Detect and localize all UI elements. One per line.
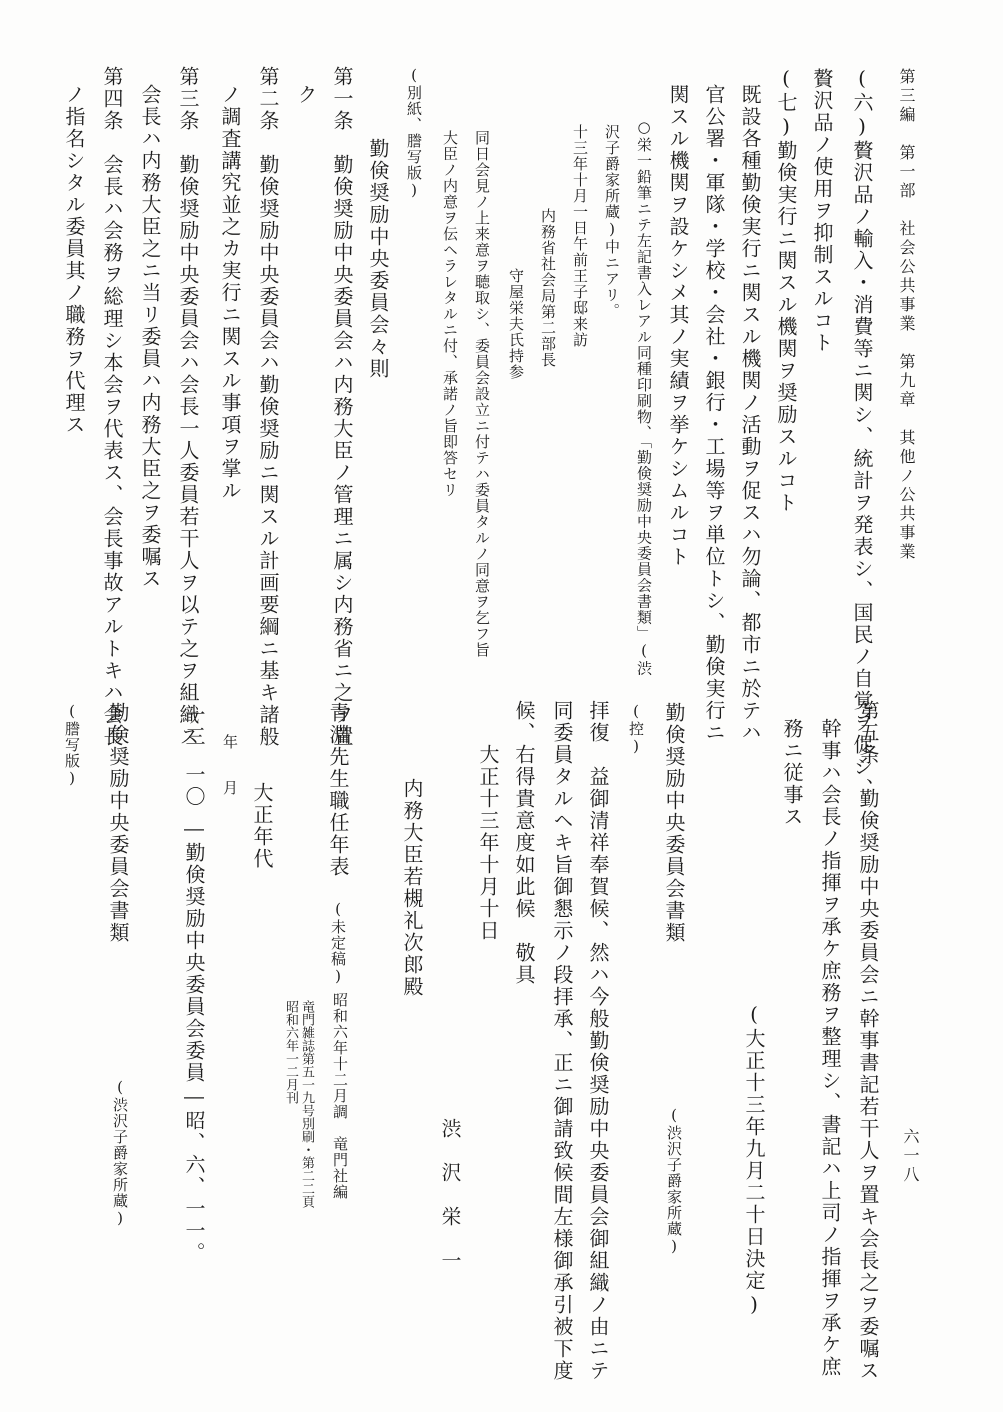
doc4-title: 勤倹奨励中央委員会書類: [108, 702, 128, 944]
article-2-line-2: ノ調査講究並之カ実行ニ関スル事項ヲ掌ル: [220, 84, 240, 502]
letter-date: 大正十三年十月十日: [478, 744, 498, 942]
entry-month: 一〇: [184, 764, 204, 808]
note-line-3: 十三年十月一日午前王子邸来訪: [572, 124, 587, 348]
doc2-draft-label: (控): [628, 702, 643, 756]
item-7-line-3: 官公署・軍隊・学校・会社・銀行・工場等ヲ単位トシ、勤倹実行ニ: [704, 84, 724, 744]
doc3-publication-line-1: 竜門雑誌第五一九号別刷・第二二頁: [300, 1000, 313, 1208]
article-3-line-2: 会長ハ内務大臣之ニ当リ委員ハ内務大臣之ヲ委嘱ス: [140, 84, 160, 590]
item-7-line-4: 関スル機関ヲ設ケシメ其ノ実績ヲ挙ケシムルコト: [668, 84, 688, 568]
note-line-7: 大臣ノ内意ヲ伝ヘラレタルニ付、承諾ノ旨即答セリ: [442, 130, 457, 498]
doc4-format-label: (謄写版): [64, 702, 79, 788]
article-3-line-1: 第三条 勤倹奨励中央委員会ハ会長一人委員若干人ヲ以テ之ヲ組織ス: [178, 66, 198, 748]
year-column-label: 年: [222, 734, 237, 750]
item-6-line-2: 贅沢品ノ使用ヲ抑制スルコト: [812, 68, 832, 354]
letter-line-3: 候、右得貴意度如此候 敬具: [514, 700, 534, 986]
article-1-line-1: 第一条 勤倹奨励中央委員会ハ内務大臣ノ管理ニ属シ内務省ニ之ヲ置: [332, 66, 352, 748]
article-4-line-2: ノ指名シタル委員其ノ職務ヲ代理ス: [64, 84, 84, 436]
page-number: 六一八: [902, 1128, 918, 1185]
article-5-line-3: 務ニ従事ス: [782, 718, 802, 828]
doc2-title: 勤倹奨励中央委員会書類: [664, 702, 684, 944]
letter-line-1: 拝復 益御清祥奉賀候、然ハ今般勤倹奨励中央委員会御組織ノ由ニテ: [588, 700, 608, 1382]
era-header: 大正年代: [252, 782, 272, 870]
document-page: 第三編 第一部 社会公共事業 第九章 其他ノ公共事業 (六)贅沢品ノ輸入・消費等…: [0, 0, 1003, 1412]
article-1-line-2: ク: [296, 84, 316, 106]
item-7-line-2: 既設各種勤倹実行ニ関スル機関ノ活動ヲ促スハ勿論、都市ニ於テハ: [740, 84, 760, 744]
article-2-line-1: 第二条 勤倹奨励中央委員会ハ勤倹奨励ニ関スル計画要綱ニ基キ諸般: [258, 66, 278, 748]
entry-year: 一三: [184, 704, 204, 748]
letter-recipient: 内務大臣若槻礼次郎殿: [402, 778, 422, 998]
doc4-source: (渋沢子爵家所蔵): [112, 1078, 127, 1228]
item-7-line-1: (七)勤倹実行ニ関スル機関ヲ奨励スルコト: [776, 66, 796, 514]
month-column-label: 月: [222, 780, 237, 796]
letter-line-2: 同委員タルヘキ旨御懇示ノ段拝承、正ニ御請致候間左様御承引被下度: [552, 700, 572, 1382]
bylaws-decision-date: (大正十三年九月二十日決定): [744, 1002, 764, 1318]
note-line-5: 守屋栄夫氏持参: [508, 268, 523, 380]
letter-sender: 渋 沢 栄 一: [440, 1118, 460, 1272]
doc3-publication-line-2: 昭和六年一二月刊: [284, 1000, 297, 1104]
article-5-line-1: 第五条 勤倹奨励中央委員会ニ幹事書記若干人ヲ置キ会長之ヲ委嘱ス: [858, 700, 878, 1382]
item-6-line-1: (六)贅沢品ノ輸入・消費等ニ関シ、統計ヲ発表シ、国民ノ自覚ヲ促シ、: [852, 66, 872, 800]
note-line-2: 沢子爵家所蔵)中ニアリ。: [604, 124, 619, 319]
doc3-draft-label: (未定稿): [330, 900, 345, 986]
entry-text: ―勤倹奨励中央委員会委員―昭、六、一一。: [184, 816, 204, 1264]
note-line-1: ○栄一鉛筆ニテ左記書入レアル同種印刷物、「勤倹奨励中央委員会書類」(渋: [636, 118, 651, 677]
doc3-title: 青淵先生職任年表: [328, 702, 348, 878]
bylaws-title: 勤倹奨励中央委員会々則: [368, 138, 388, 380]
article-4-line-1: 第四条 会長ハ会務ヲ総理シ本会ヲ代表ス、会長事故アルトキハ会長: [102, 66, 122, 748]
note-line-6: 同日会見ノ上来意ヲ聴取シ、委員会設立ニ付テハ委員タルノ同意ヲ乞フ旨: [474, 130, 489, 658]
note-line-4: 内務省社会局第二部長: [540, 208, 555, 368]
running-head: 第三編 第一部 社会公共事業 第九章 其他ノ公共事業: [898, 68, 914, 562]
bylaws-format-label: (別紙、謄写版): [406, 66, 421, 200]
article-5-line-2: 幹事ハ会長ノ指揮ヲ承ケ庶務ヲ整理シ、書記ハ上司ノ指揮ヲ承ケ庶: [820, 718, 840, 1378]
doc3-compiled: 昭和六年十二月調 竜門社編: [332, 992, 347, 1200]
doc2-source: (渋沢子爵家所蔵): [666, 1106, 681, 1256]
